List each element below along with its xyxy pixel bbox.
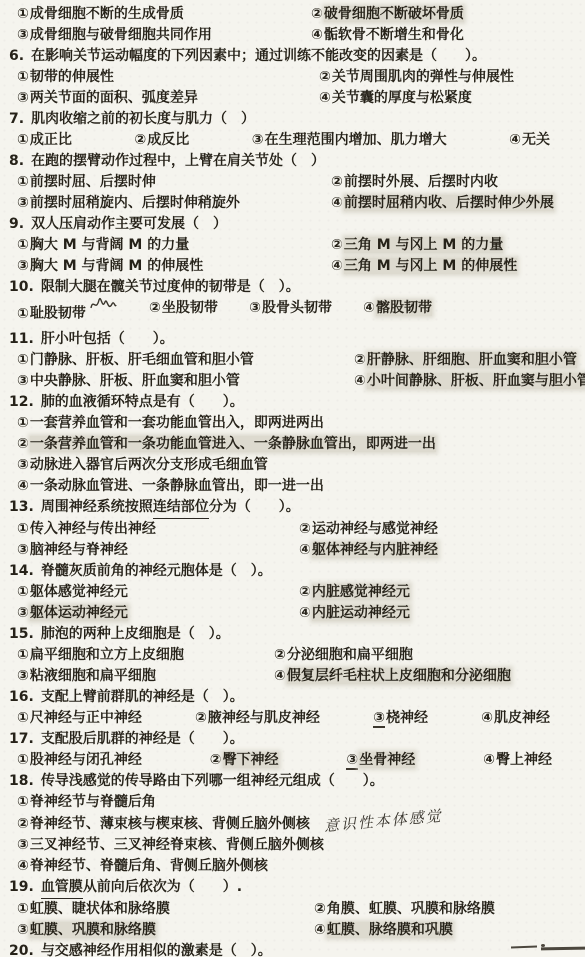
option-text: 成反比 <box>147 132 189 148</box>
option-text: 关节周围肌肉的弹性与伸展性 <box>332 69 514 85</box>
question-stem-row: 6.在影响关节运动幅度的下列因素中；通过训练不能改变的因素是（ ）。 <box>0 46 585 67</box>
answer-option: ③三叉神经节、三叉神经脊束核、背侧丘脑外侧核 <box>17 835 585 856</box>
option-text: 前摆时外展、后摆时内收 <box>344 174 498 190</box>
answer-option: ④臀上神经 <box>483 750 552 771</box>
option-text: 躯体运动神经元 <box>30 605 128 621</box>
option-marker: ③ <box>17 195 29 211</box>
option-marker: ④ <box>314 922 326 938</box>
option-text: 无关 <box>522 132 550 148</box>
option-text: 成骨细胞与破骨细胞共同作用 <box>30 27 212 43</box>
option-text: 脊神经节、脊髓后角、背侧丘脑外侧核 <box>30 858 268 874</box>
option-marker: ② <box>149 300 161 316</box>
question-list: ①成骨细胞不断的生成骨质②破骨细胞不断破坏骨质③成骨细胞与破骨细胞共同作用④骺软… <box>0 4 585 957</box>
answer-option: ③前摆时屈稍旋内、后摆时伸稍旋外 <box>17 193 329 214</box>
answer-option: ④髂股韧带 <box>363 298 432 329</box>
option-text: 粘液细胞和扁平细胞 <box>30 668 156 684</box>
option-text: 耻股韧带 <box>30 306 86 322</box>
option-marker: ② <box>311 6 323 22</box>
option-marker: ② <box>210 752 222 768</box>
option-text: 脊神经节与脊髓后角 <box>30 794 156 810</box>
option-marker: ④ <box>299 542 311 558</box>
answer-option: ②成反比 <box>134 130 189 151</box>
option-text: 内脏运动神经元 <box>312 605 410 621</box>
question-stem-row: 17.支配股后肌群的神经是（ ）。 <box>0 729 585 750</box>
question-stem: 肺泡的两种上皮细胞是（ ）。 <box>41 624 230 645</box>
option-marker: ① <box>17 306 29 322</box>
option-marker: ③ <box>17 27 29 43</box>
option-text: 躯体感觉神经元 <box>30 584 128 600</box>
options-group: ①门静脉、肝板、肝毛细血管和胆小管②肝静脉、肝细胞、肝血窦和胆小管③中央静脉、肝… <box>0 350 585 392</box>
answer-option: ④脊神经节、脊髓后角、背侧丘脑外侧核 <box>17 856 585 877</box>
option-marker: ① <box>17 352 29 368</box>
question-stem-row: 20.与交感神经作用相似的激素是（ ）。 <box>0 941 585 957</box>
option-marker: ④ <box>331 195 343 211</box>
question-block: 7.肌肉收缩之前的初长度与肌力（ ）①成正比②成反比③在生理范围内增加、肌力增大… <box>0 109 585 151</box>
question-stem: 支配股后肌群的神经是（ ）。 <box>41 729 244 750</box>
answer-option: ④关节囊的厚度与松紧度 <box>319 88 585 109</box>
answer-option: ①胸大 M 与背阔 M 的力量 <box>17 235 329 256</box>
answer-option: ②一条营养血管和一条功能血管进入、一条静脉血管出，即两进一出 <box>17 434 585 455</box>
answer-option: ①扁平细胞和立方上皮细胞 <box>17 645 272 666</box>
answer-option: ①韧带的伸展性 <box>17 67 317 88</box>
options-group: ①股神经与闭孔神经②臀下神经③坐骨神经④臀上神经 <box>0 750 552 771</box>
option-marker: ② <box>319 69 331 85</box>
options-group: ①成骨细胞不断的生成骨质②破骨细胞不断破坏骨质③成骨细胞与破骨细胞共同作用④骺软… <box>0 4 585 46</box>
question-stem-row: 8.在跑的摆臂动作过程中，上臂在肩关节处（ ） <box>0 151 585 172</box>
answer-option: ③坐骨神经 <box>346 750 415 771</box>
answer-option: ④前摆时屈稍内收、后摆时伸少外展 <box>331 193 585 214</box>
option-text: 髂股韧带 <box>376 300 432 316</box>
answer-option: ①脊神经节与脊髓后角 <box>17 792 585 813</box>
option-text: 脑神经与脊神经 <box>30 542 128 558</box>
option-marker: ④ <box>311 27 323 43</box>
options-group: ①耻股韧带②坐股韧带③股骨头韧带④髂股韧带 <box>0 298 432 329</box>
answer-option: ②角膜、虹膜、巩膜和脉络膜 <box>314 899 585 920</box>
answer-option: ②臀下神经 <box>210 750 279 771</box>
question-stem-part: 周围神经系统按照 <box>41 497 153 519</box>
answer-option: ④肌皮神经 <box>481 708 550 729</box>
answer-option: ④无关 <box>509 130 550 151</box>
answer-option: ③躯体运动神经元 <box>17 603 297 624</box>
options-group: ①脊神经节与脊髓后角②脊神经节、薄束核与楔束核、背侧丘脑外侧核意识性本体感觉③三… <box>0 792 585 877</box>
question-stem-row: 19.血管膜从前向后依次为（ ）. <box>0 877 585 899</box>
answer-option: ④一条动脉血管进、一条静脉血管出，即一进一出 <box>17 476 585 497</box>
option-marker: ① <box>17 584 29 600</box>
option-marker: ② <box>299 584 311 600</box>
option-marker: ③ <box>249 300 261 316</box>
option-marker: ③ <box>17 90 29 106</box>
question-block: 12.肺的血液循环特点是有（ ）。①一套营养血管和一套功能血管出入，即两进两出②… <box>0 392 585 497</box>
question-stem-row: 18.传导浅感觉的传导路由下列哪一组神经元组成（ ）。 <box>0 771 585 792</box>
answer-option: ②三角 M 与冈上 M 的力量 <box>331 235 585 256</box>
option-text: 前摆时屈稍旋内、后摆时伸稍旋外 <box>30 195 240 211</box>
question-block-partial: ①成骨细胞不断的生成骨质②破骨细胞不断破坏骨质③成骨细胞与破骨细胞共同作用④骺软… <box>0 4 585 46</box>
option-marker: ② <box>17 436 29 452</box>
option-marker: ④ <box>331 258 343 274</box>
option-text: 股神经与闭孔神经 <box>30 752 142 768</box>
question-stem: 双人压肩动作主要可发展（ ） <box>31 214 227 235</box>
question-number: 18. <box>9 771 34 792</box>
option-text: 肝静脉、肝细胞、肝血窦和胆小管 <box>367 352 577 368</box>
question-block: 14.脊髓灰质前角的神经元胞体是（ ）。①躯体感觉神经元②内脏感觉神经元③躯体运… <box>0 561 585 624</box>
question-stem-part: 血管膜 <box>41 877 83 899</box>
option-text: 扁平细胞和立方上皮细胞 <box>30 647 184 663</box>
options-group: ①躯体感觉神经元②内脏感觉神经元③躯体运动神经元④内脏运动神经元 <box>0 582 585 624</box>
question-block: 8.在跑的摆臂动作过程中，上臂在肩关节处（ ）①前摆时屈、后摆时伸②前摆时外展、… <box>0 151 585 214</box>
answer-option: ①耻股韧带 <box>17 298 118 329</box>
answer-option: ②运动神经与感觉神经 <box>299 519 585 540</box>
question-stem: 肺的血液循环特点是有（ ）。 <box>41 392 244 413</box>
question-stem-row: 7.肌肉收缩之前的初长度与肌力（ ） <box>0 109 585 130</box>
answer-option: ③股骨头韧带 <box>249 298 332 329</box>
option-marker: ③ <box>17 258 29 274</box>
answer-option: ①成骨细胞不断的生成骨质 <box>17 4 309 25</box>
answer-option: ④躯体神经与内脏神经 <box>299 540 585 561</box>
option-text: 虹膜、巩膜和脉络膜 <box>30 922 156 938</box>
option-marker: ③ <box>252 132 264 148</box>
option-marker: ④ <box>319 90 331 106</box>
question-block: 16.支配上臂前群肌的神经是（ ）。①尺神经与正中神经②腋神经与肌皮神经③桡神经… <box>0 687 585 729</box>
option-text: 胸大 M 与背阔 M 的伸展性 <box>30 258 203 274</box>
option-text: 坐骨神经 <box>359 752 415 768</box>
question-stem: 限制大腿在髋关节过度伸的韧带是（ ）。 <box>41 277 300 298</box>
option-marker: ② <box>331 237 343 253</box>
option-marker: ① <box>17 415 29 431</box>
answer-option: ②坐股韧带 <box>149 298 218 329</box>
option-marker: ① <box>17 69 29 85</box>
option-text: 一条营养血管和一条功能血管进入、一条静脉血管出，即两进一出 <box>30 436 436 452</box>
option-marker: ① <box>17 174 29 190</box>
answer-option: ②分泌细胞和扁平细胞 <box>274 645 585 666</box>
option-marker: ① <box>17 794 29 810</box>
option-marker: ② <box>354 352 366 368</box>
answer-option: ③脑神经与脊神经 <box>17 540 297 561</box>
option-text: 关节囊的厚度与松紧度 <box>332 90 472 106</box>
question-number: 11. <box>9 329 34 350</box>
option-marker: ① <box>17 521 29 537</box>
options-group: ①成正比②成反比③在生理范围内增加、肌力增大④无关 <box>0 130 550 151</box>
answer-option: ②脊神经节、薄束核与楔束核、背侧丘脑外侧核意识性本体感觉 <box>17 813 585 835</box>
question-stem: 脊髓灰质前角的神经元胞体是（ ）。 <box>41 561 272 582</box>
question-block: 15.肺泡的两种上皮细胞是（ ）。①扁平细胞和立方上皮细胞②分泌细胞和扁平细胞③… <box>0 624 585 687</box>
answer-option: ③在生理范围内增加、肌力增大 <box>252 130 447 151</box>
question-number: 19. <box>9 877 34 899</box>
option-text: 前摆时屈稍内收、后摆时伸少外展 <box>344 195 554 211</box>
question-block: 6.在影响关节运动幅度的下列因素中；通过训练不能改变的因素是（ ）。①韧带的伸展… <box>0 46 585 109</box>
option-marker: ② <box>331 174 343 190</box>
option-marker: ④ <box>481 710 493 726</box>
question-block: 18.传导浅感觉的传导路由下列哪一组神经元组成（ ）。①脊神经节与脊髓后角②脊神… <box>0 771 585 877</box>
answer-option: ③虹膜、巩膜和脉络膜 <box>17 920 312 941</box>
option-marker: ④ <box>483 752 495 768</box>
option-text: 一套营养血管和一套功能血管出入，即两进两出 <box>30 415 324 431</box>
option-marker: ① <box>17 647 29 663</box>
option-text: 运动神经与感觉神经 <box>312 521 438 537</box>
question-stem: 支配上臂前群肌的神经是（ ）。 <box>41 687 244 708</box>
question-block: 11.肝小叶包括（ ）。①门静脉、肝板、肝毛细血管和胆小管②肝静脉、肝细胞、肝血… <box>0 329 585 392</box>
option-text: 一条动脉血管进、一条静脉血管出，即一进一出 <box>30 478 324 494</box>
option-text: 破骨细胞不断破坏骨质 <box>324 6 464 22</box>
option-text: 动脉进入器官后两次分支形成毛细血管 <box>30 457 268 473</box>
option-text: 中央静脉、肝板、肝血窦和胆小管 <box>30 373 240 389</box>
options-group: ①胸大 M 与背阔 M 的力量②三角 M 与冈上 M 的力量③胸大 M 与背阔 … <box>0 235 585 277</box>
options-group: ①扁平细胞和立方上皮细胞②分泌细胞和扁平细胞③粘液细胞和扁平细胞④假复层纤毛柱状… <box>0 645 585 687</box>
option-text: 角膜、虹膜、巩膜和脉络膜 <box>327 901 495 917</box>
question-number: 8. <box>9 151 24 172</box>
answer-option: ①传入神经与传出神经 <box>17 519 297 540</box>
question-block: 9.双人压肩动作主要可发展（ ）①胸大 M 与背阔 M 的力量②三角 M 与冈上… <box>0 214 585 277</box>
option-text: 假复层纤毛柱状上皮细胞和分泌细胞 <box>287 668 511 684</box>
option-marker: ② <box>134 132 146 148</box>
question-block: 13.周围神经系统按照连结部位分为（ ）。①传入神经与传出神经②运动神经与感觉神… <box>0 497 585 561</box>
option-marker: ① <box>17 752 29 768</box>
option-marker: ③ <box>17 922 29 938</box>
answer-option: ③中央静脉、肝板、肝血窦和胆小管 <box>17 371 352 392</box>
question-stem: 在跑的摆臂动作过程中，上臂在肩关节处（ ） <box>31 151 325 172</box>
option-text: 成正比 <box>30 132 72 148</box>
answer-option: ③成骨细胞与破骨细胞共同作用 <box>17 25 309 46</box>
option-text: 两关节面的面积、弧度差异 <box>30 90 198 106</box>
option-marker: ③ <box>17 837 29 853</box>
handwriting-scribble-icon <box>88 292 118 323</box>
answer-option: ③胸大 M 与背阔 M 的伸展性 <box>17 256 329 277</box>
question-block: 17.支配股后肌群的神经是（ ）。①股神经与闭孔神经②臀下神经③坐骨神经④臀上神… <box>0 729 585 771</box>
answer-option: ②内脏感觉神经元 <box>299 582 585 603</box>
option-text: 坐股韧带 <box>162 300 218 316</box>
option-marker: ① <box>17 237 29 253</box>
scanned-exam-page: ①成骨细胞不断的生成骨质②破骨细胞不断破坏骨质③成骨细胞与破骨细胞共同作用④骺软… <box>0 0 585 957</box>
option-text: 传入神经与传出神经 <box>30 521 156 537</box>
question-stem: 与交感神经作用相似的激素是（ ）。 <box>41 941 272 957</box>
answer-option: ④假复层纤毛柱状上皮细胞和分泌细胞 <box>274 666 585 687</box>
option-text: 成骨细胞不断的生成骨质 <box>30 6 184 22</box>
question-number: 17. <box>9 729 34 750</box>
answer-option: ①成正比 <box>17 130 72 151</box>
question-stem-part: 从前向后依次为（ ）. <box>83 877 242 899</box>
answer-option: ①门静脉、肝板、肝毛细血管和胆小管 <box>17 350 352 371</box>
answer-option: ②关节周围肌肉的弹性与伸展性 <box>319 67 585 88</box>
options-group: ①一套营养血管和一套功能血管出入，即两进两出②一条营养血管和一条功能血管进入、一… <box>0 413 585 497</box>
question-number: 7. <box>9 109 24 130</box>
option-text: 腋神经与肌皮神经 <box>208 710 320 726</box>
option-text: 前摆时屈、后摆时伸 <box>30 174 156 190</box>
options-group: ①前摆时屈、后摆时伸②前摆时外展、后摆时内收③前摆时屈稍旋内、后摆时伸稍旋外④前… <box>0 172 585 214</box>
answer-option: ④骺软骨不断增生和骨化 <box>311 25 585 46</box>
option-text: 分泌细胞和扁平细胞 <box>287 647 413 663</box>
option-marker: ① <box>17 901 29 917</box>
option-text: 三角 M 与冈上 M 的伸展性 <box>344 258 517 274</box>
question-block: 20.与交感神经作用相似的激素是（ ）。 <box>0 941 585 957</box>
question-number: 16. <box>9 687 34 708</box>
answer-option: ①一套营养血管和一套功能血管出入，即两进两出 <box>17 413 585 434</box>
option-text: 韧带的伸展性 <box>30 69 114 85</box>
option-marker: ④ <box>17 478 29 494</box>
option-text: 三叉神经节、三叉神经脊束核、背侧丘脑外侧核 <box>30 837 324 853</box>
question-stem-row: 12.肺的血液循环特点是有（ ）。 <box>0 392 585 413</box>
option-marker: ② <box>17 816 29 832</box>
option-marker: ④ <box>509 132 521 148</box>
option-text: 内脏感觉神经元 <box>312 584 410 600</box>
option-marker: ④ <box>354 373 366 389</box>
question-stem: 在影响关节运动幅度的下列因素中；通过训练不能改变的因素是（ ）。 <box>31 46 486 67</box>
option-text: 臀上神经 <box>496 752 552 768</box>
answer-option: ①前摆时屈、后摆时伸 <box>17 172 329 193</box>
answer-option: ②破骨细胞不断破坏骨质 <box>311 4 585 25</box>
question-stem-row: 11.肝小叶包括（ ）。 <box>0 329 585 350</box>
option-text: 胸大 M 与背阔 M 的力量 <box>30 237 189 253</box>
answer-option: ③粘液细胞和扁平细胞 <box>17 666 272 687</box>
question-stem-row: 13.周围神经系统按照连结部位分为（ ）。 <box>0 497 585 519</box>
question-number: 12. <box>9 392 34 413</box>
answer-option: ①股神经与闭孔神经 <box>17 750 142 771</box>
question-block: 19.血管膜从前向后依次为（ ）.①虹膜、睫状体和脉络膜②角膜、虹膜、巩膜和脉络… <box>0 877 585 941</box>
option-marker: ③ <box>17 605 29 621</box>
question-number: 9. <box>9 214 24 235</box>
question-number: 14. <box>9 561 34 582</box>
question-stem-part: 连结部位 <box>153 497 209 519</box>
answer-option: ②肝静脉、肝细胞、肝血窦和胆小管 <box>354 350 585 371</box>
option-marker: ③ <box>346 752 358 770</box>
option-text: 在生理范围内增加、肌力增大 <box>265 132 447 148</box>
option-text: 股骨头韧带 <box>262 300 332 316</box>
option-text: 躯体神经与内脏神经 <box>312 542 438 558</box>
question-number: 10. <box>9 277 34 298</box>
option-text: 桡神经 <box>386 710 428 726</box>
answer-option: ④虹膜、脉络膜和巩膜 <box>314 920 585 941</box>
option-marker: ④ <box>363 300 375 316</box>
answer-option: ④小叶间静脉、肝板、肝血窦与胆小管 <box>354 371 585 392</box>
option-text: 臀下神经 <box>223 752 279 768</box>
option-text: 虹膜、睫状体和脉络膜 <box>30 901 170 917</box>
answer-option: ①尺神经与正中神经 <box>17 708 142 729</box>
answer-option: ②腋神经与肌皮神经 <box>195 708 320 729</box>
option-marker: ② <box>274 647 286 663</box>
question-stem-row: 16.支配上臂前群肌的神经是（ ）。 <box>0 687 585 708</box>
option-marker: ③ <box>17 542 29 558</box>
option-marker: ① <box>17 6 29 22</box>
option-marker: ② <box>314 901 326 917</box>
option-marker: ④ <box>17 858 29 874</box>
option-text: 脊神经节、薄束核与楔束核、背侧丘脑外侧核 <box>30 816 310 832</box>
option-marker: ③ <box>17 457 29 473</box>
option-marker: ① <box>17 132 29 148</box>
question-number: 6. <box>9 46 24 67</box>
answer-option: ①虹膜、睫状体和脉络膜 <box>17 899 312 920</box>
question-stem: 肝小叶包括（ ）。 <box>41 329 174 350</box>
question-stem-row: 9.双人压肩动作主要可发展（ ） <box>0 214 585 235</box>
option-text: 三角 M 与冈上 M 的力量 <box>344 237 503 253</box>
option-text: 门静脉、肝板、肝毛细血管和胆小管 <box>30 352 254 368</box>
option-marker: ④ <box>299 605 311 621</box>
options-group: ①虹膜、睫状体和脉络膜②角膜、虹膜、巩膜和脉络膜③虹膜、巩膜和脉络膜④虹膜、脉络… <box>0 899 585 941</box>
question-number: 15. <box>9 624 34 645</box>
question-number: 20. <box>9 941 34 957</box>
answer-option: ③动脉进入器官后两次分支形成毛细血管 <box>17 455 585 476</box>
option-marker: ② <box>195 710 207 726</box>
option-marker: ② <box>299 521 311 537</box>
option-marker: ③ <box>373 710 385 728</box>
option-marker: ③ <box>17 668 29 684</box>
question-number: 13. <box>9 497 34 519</box>
answer-option: ③两关节面的面积、弧度差异 <box>17 88 317 109</box>
answer-option: ③桡神经 <box>373 708 428 729</box>
option-text: 小叶间静脉、肝板、肝血窦与胆小管 <box>367 373 585 389</box>
option-marker: ① <box>17 710 29 726</box>
options-group: ①尺神经与正中神经②腋神经与肌皮神经③桡神经④肌皮神经 <box>0 708 550 729</box>
answer-option: ②前摆时外展、后摆时内收 <box>331 172 585 193</box>
question-stem-row: 15.肺泡的两种上皮细胞是（ ）。 <box>0 624 585 645</box>
option-text: 虹膜、脉络膜和巩膜 <box>327 922 453 938</box>
options-group: ①韧带的伸展性②关节周围肌肉的弹性与伸展性③两关节面的面积、弧度差异④关节囊的厚… <box>0 67 585 109</box>
option-marker: ③ <box>17 373 29 389</box>
answer-option: ④内脏运动神经元 <box>299 603 585 624</box>
question-stem: 肌肉收缩之前的初长度与肌力（ ） <box>31 109 255 130</box>
option-text: 肌皮神经 <box>494 710 550 726</box>
question-stem-row: 14.脊髓灰质前角的神经元胞体是（ ）。 <box>0 561 585 582</box>
question-stem: 传导浅感觉的传导路由下列哪一组神经元组成（ ）。 <box>41 771 384 792</box>
question-block: 10.限制大腿在髋关节过度伸的韧带是（ ）。①耻股韧带②坐股韧带③股骨头韧带④髂… <box>0 277 585 329</box>
option-text: 骺软骨不断增生和骨化 <box>324 27 464 43</box>
option-text: 尺神经与正中神经 <box>30 710 142 726</box>
option-marker: ④ <box>274 668 286 684</box>
answer-option: ④三角 M 与冈上 M 的伸展性 <box>331 256 585 277</box>
answer-option: ①躯体感觉神经元 <box>17 582 297 603</box>
question-stem-part: 分为（ ）。 <box>209 497 300 519</box>
options-group: ①传入神经与传出神经②运动神经与感觉神经③脑神经与脊神经④躯体神经与内脏神经 <box>0 519 585 561</box>
